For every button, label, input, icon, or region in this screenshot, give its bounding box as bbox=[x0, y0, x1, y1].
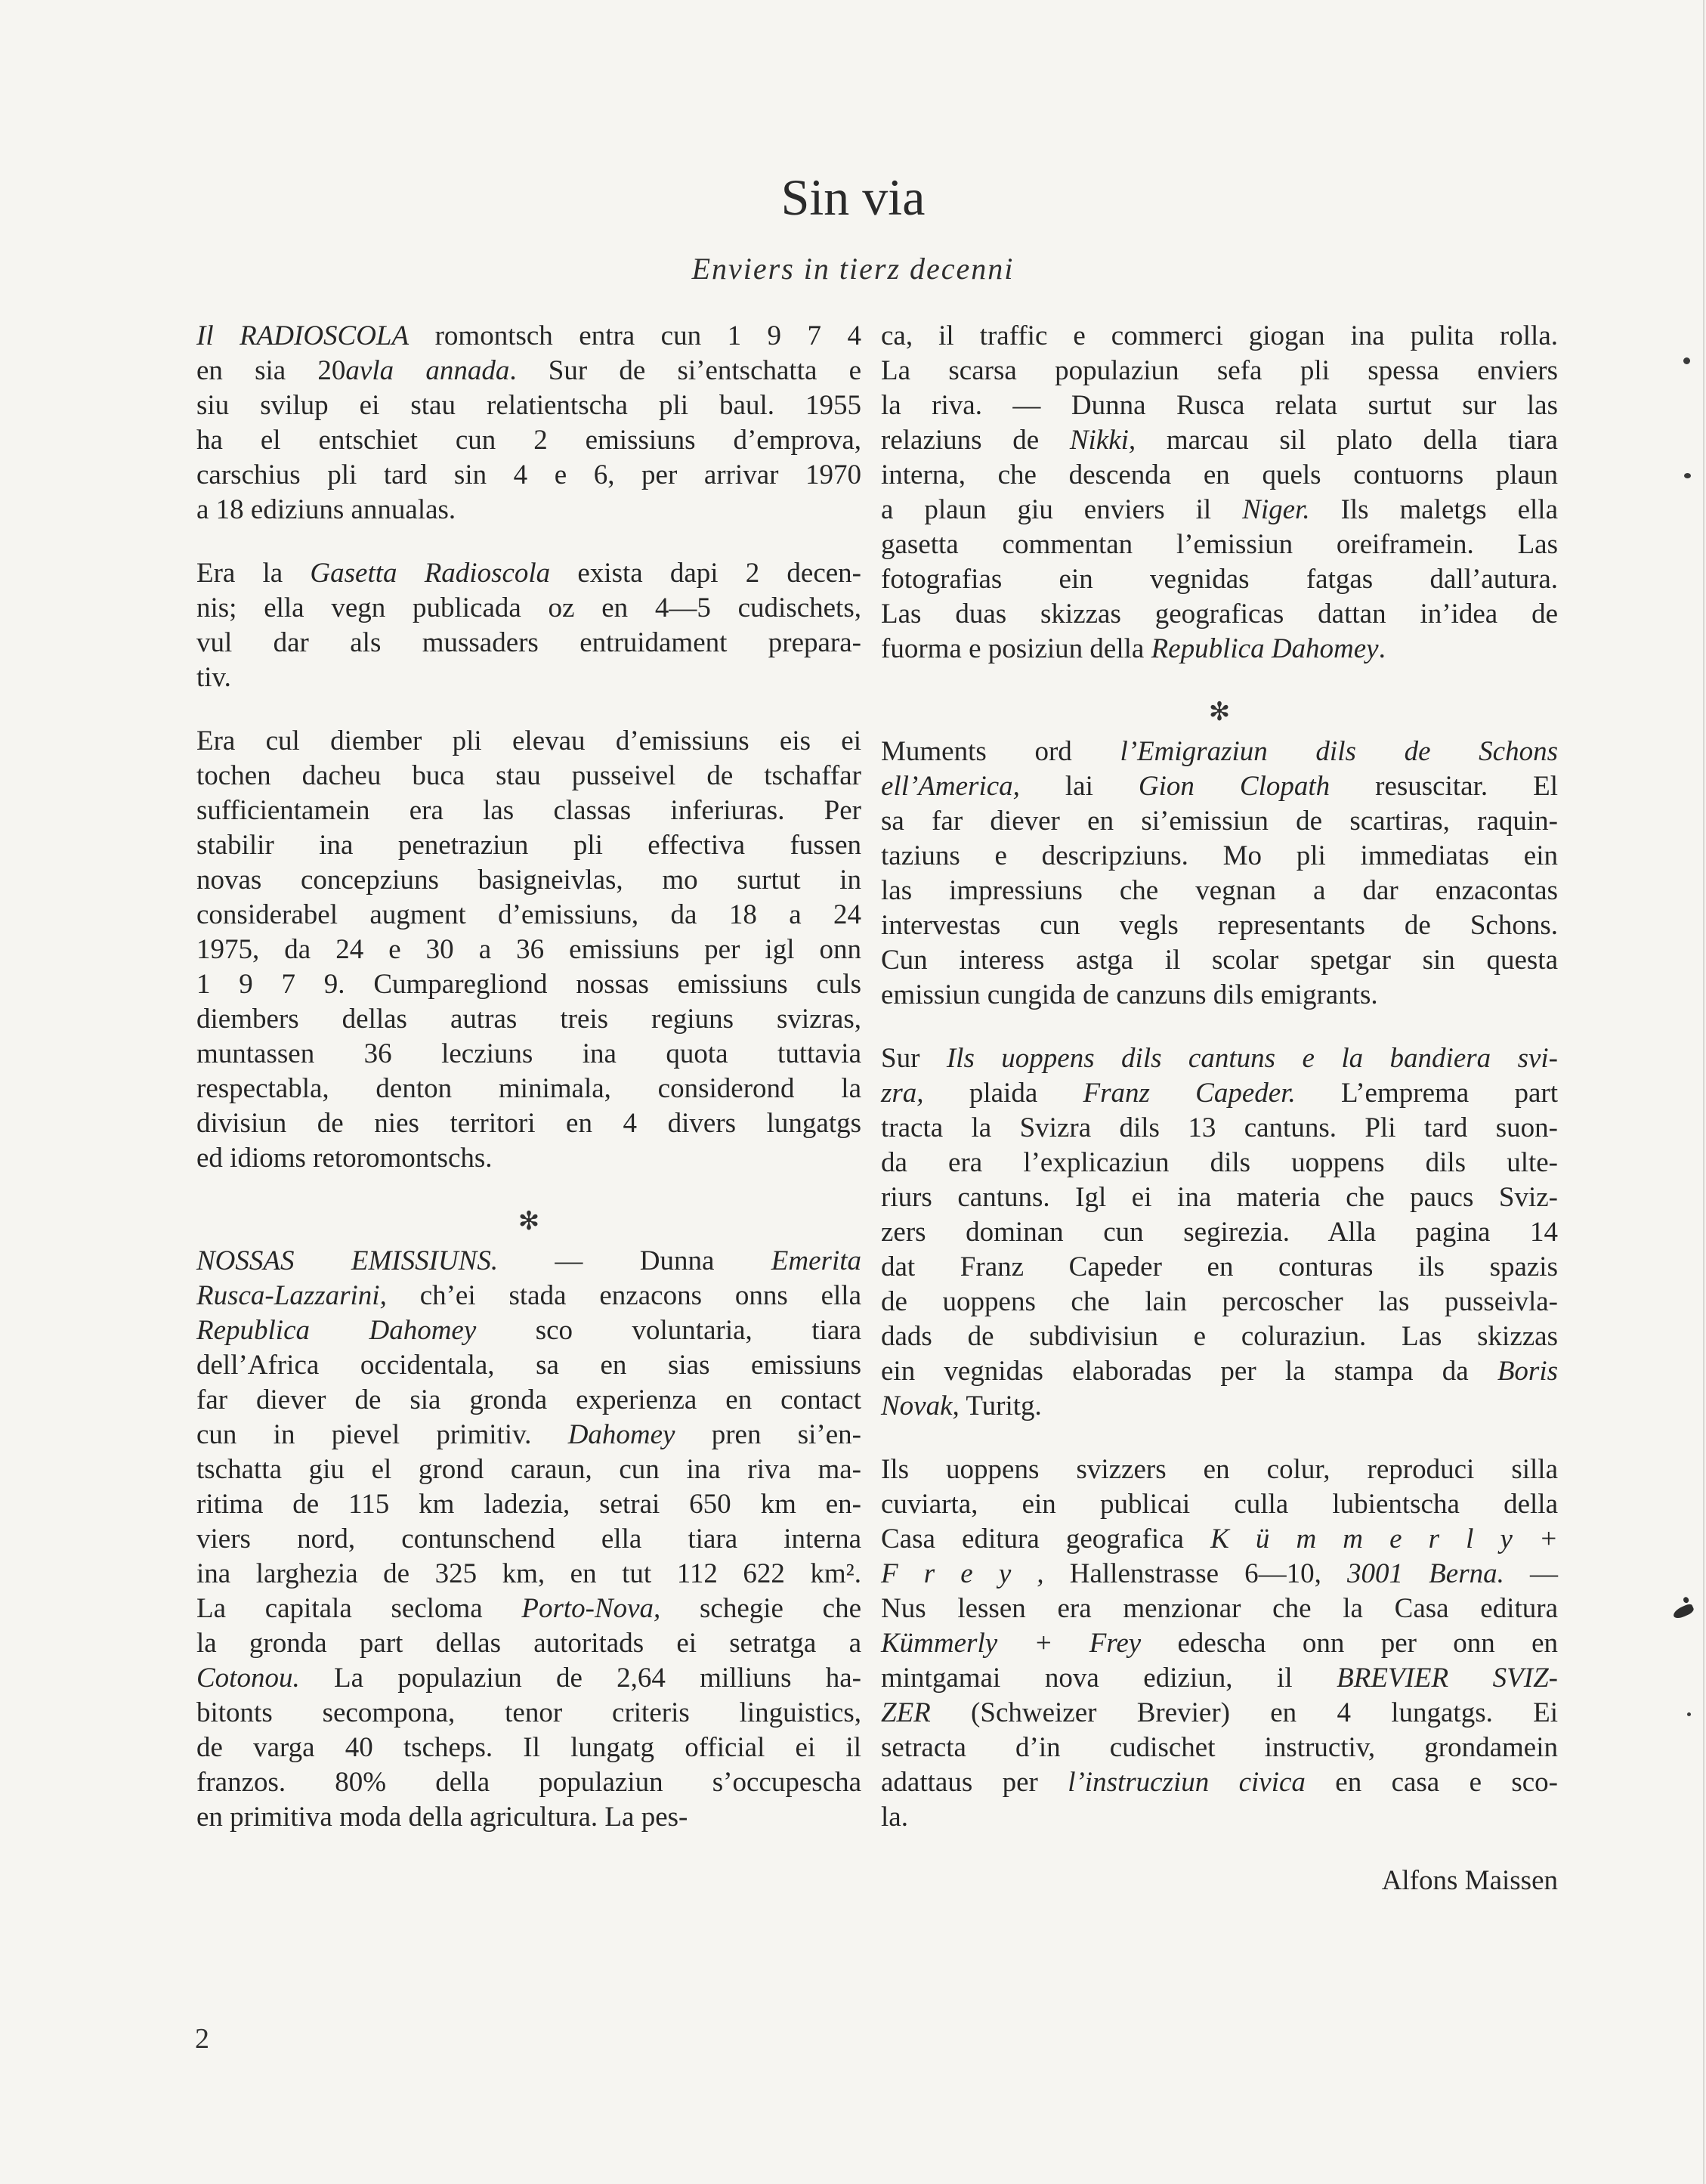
text-line: Era la Gasetta Radioscola exista dapi 2 … bbox=[196, 556, 861, 591]
scanned-page: Sin via Enviers in tierz decenni Il RADI… bbox=[0, 0, 1706, 2184]
text-line: Sur Ils uoppens dils cantuns e la bandie… bbox=[881, 1041, 1558, 1076]
text-line: ZER (Schweizer Brevier) en 4 lungatgs. E… bbox=[881, 1696, 1558, 1731]
text-line: viers nord, contunschend ella tiara inte… bbox=[196, 1522, 861, 1557]
text-line: ha el entschiet cun 2 emissiuns d’emprov… bbox=[196, 423, 861, 458]
text-line: sufficientamein era las classas inferiur… bbox=[196, 793, 861, 828]
text-line: bitonts secompona, tenor criteris lingui… bbox=[196, 1696, 861, 1731]
text-line: F r e y , Hallenstrasse 6—10, 3001 Berna… bbox=[881, 1557, 1558, 1592]
text-line: tochen dacheu buca stau pusseivel de tsc… bbox=[196, 759, 861, 793]
text-line: de uoppens che lain percoscher las pusse… bbox=[881, 1285, 1558, 1319]
text-line: ein vegnidas elaboradas per la stampa da… bbox=[881, 1354, 1558, 1389]
text-line: taziuns e descripziuns. Mo pli immediata… bbox=[881, 839, 1558, 874]
text-line: cuviarta, ein publicai culla lubientscha… bbox=[881, 1487, 1558, 1522]
text-line: relaziuns de Nikki, marcau sil plato del… bbox=[881, 423, 1558, 458]
text-line: stabilir ina penetraziun pli effectiva f… bbox=[196, 828, 861, 863]
text-line: divisiun de nies territori en 4 divers l… bbox=[196, 1106, 861, 1141]
ink-speck bbox=[1683, 357, 1690, 364]
paragraph: Era cul diember pli elevau d’emissiuns e… bbox=[196, 724, 861, 1176]
text-line: da era l’explicaziun dils uoppens dils u… bbox=[881, 1146, 1558, 1180]
scan-edge-shadow bbox=[1703, 0, 1704, 2184]
text-line: Novak, Turitg. bbox=[881, 1389, 1558, 1424]
text-line: sa far diever en si’emissiun de scartira… bbox=[881, 804, 1558, 839]
text-line: zers dominan cun segirezia. Alla pagina … bbox=[881, 1215, 1558, 1250]
text-line: setracta d’in cudischet instructiv, gron… bbox=[881, 1731, 1558, 1765]
text-line: riurs cantuns. Igl ei ina materia che pa… bbox=[881, 1180, 1558, 1215]
text-line: tracta la Svizra dils 13 cantuns. Pli ta… bbox=[881, 1111, 1558, 1146]
text-line: emissiun cungida de canzuns dils emigran… bbox=[881, 978, 1558, 1013]
text-line: ca, il traffic e commerci giogan ina pul… bbox=[881, 319, 1558, 354]
right-column: ca, il traffic e commerci giogan ina pul… bbox=[881, 319, 1558, 1898]
text-line: diembers dellas autras treis regiuns svi… bbox=[196, 1002, 861, 1037]
text-line: de varga 40 tscheps. Il lungatg official… bbox=[196, 1731, 861, 1765]
ink-blot bbox=[1672, 1603, 1695, 1620]
text-line: cun in pievel primitiv. Dahomey pren si’… bbox=[196, 1418, 861, 1452]
text-line: la riva. — Dunna Rusca relata surtut sur… bbox=[881, 388, 1558, 423]
text-line: Republica Dahomey sco voluntaria, tiara bbox=[196, 1313, 861, 1348]
text-line: ell’America, lai Gion Clopath resuscitar… bbox=[881, 769, 1558, 804]
text-line: a 18 ediziuns annualas. bbox=[196, 493, 861, 527]
ink-speck bbox=[1684, 473, 1691, 478]
text-line: Nus lessen era menzionar che la Casa edi… bbox=[881, 1592, 1558, 1626]
section-separator-asterisk: ✻ bbox=[196, 1205, 861, 1239]
text-line: 1 9 7 9. Cumparegliond nossas emissiuns … bbox=[196, 967, 861, 1002]
text-line: Kümmerly + Frey edescha onn per onn en bbox=[881, 1626, 1558, 1661]
section-separator-asterisk: ✻ bbox=[881, 695, 1558, 730]
text-line: far diever de sia gronda experienza en c… bbox=[196, 1383, 861, 1418]
article-title: Sin via bbox=[0, 171, 1706, 224]
text-line: fuorma e posiziun della Republica Dahome… bbox=[881, 632, 1558, 667]
paragraph: Sur Ils uoppens dils cantuns e la bandie… bbox=[881, 1041, 1558, 1424]
text-line: intervestas cun vegls representants de S… bbox=[881, 908, 1558, 943]
paragraph: Era la Gasetta Radioscola exista dapi 2 … bbox=[196, 556, 861, 695]
text-line: ritima de 115 km ladezia, setrai 650 km … bbox=[196, 1487, 861, 1522]
paragraph: Ils uoppens svizzers en colur, reproduci… bbox=[881, 1452, 1558, 1835]
text-line: ed idioms retoromontschs. bbox=[196, 1141, 861, 1176]
signature: Alfons Maissen bbox=[881, 1864, 1558, 1898]
text-line: Rusca-Lazzarini, ch’ei stada enzacons on… bbox=[196, 1279, 861, 1313]
text-line: la. bbox=[881, 1800, 1558, 1835]
text-line: interna, che descenda en quels contuorns… bbox=[881, 458, 1558, 493]
paragraph: NOSSAS EMISSIUNS. — Dunna EmeritaRusca-L… bbox=[196, 1244, 861, 1835]
text-line: adattaus per l’instrucziun civica en cas… bbox=[881, 1765, 1558, 1800]
text-line: carschius pli tard sin 4 e 6, per arriva… bbox=[196, 458, 861, 493]
page-number: 2 bbox=[195, 2022, 209, 2056]
text-line: La capitala secloma Porto-Nova, schegie … bbox=[196, 1592, 861, 1626]
text-line: Casa editura geografica K ü m m e r l y … bbox=[881, 1522, 1558, 1557]
text-line: Muments ord l’Emigraziun dils de Schons bbox=[881, 735, 1558, 769]
text-line: considerabel augment d’emissiuns, da 18 … bbox=[196, 898, 861, 933]
text-line: fotografias ein vegnidas fatgas dall’aut… bbox=[881, 562, 1558, 597]
text-line: la gronda part dellas autoritads ei setr… bbox=[196, 1626, 861, 1661]
text-line: en primitiva moda della agricultura. La … bbox=[196, 1800, 861, 1835]
text-line: muntassen 36 lecziuns ina quota tuttavia bbox=[196, 1037, 861, 1072]
text-line: Era cul diember pli elevau d’emissiuns e… bbox=[196, 724, 861, 759]
text-line: siu svilup ei stau relatientscha pli bau… bbox=[196, 388, 861, 423]
text-line: gasetta commentan l’emissiun oreiframein… bbox=[881, 527, 1558, 562]
text-line: a plaun giu enviers il Niger. Ils maletg… bbox=[881, 493, 1558, 527]
text-line: respectabla, denton minimala, consideron… bbox=[196, 1072, 861, 1106]
text-line: las impressiuns che vegnan a dar enzacon… bbox=[881, 874, 1558, 908]
text-line: Las duas skizzas geograficas dattan in’i… bbox=[881, 597, 1558, 632]
text-line: NOSSAS EMISSIUNS. — Dunna Emerita bbox=[196, 1244, 861, 1279]
article-subtitle: Enviers in tierz decenni bbox=[0, 251, 1706, 286]
text-line: ina larghezia de 325 km, en tut 112 622 … bbox=[196, 1557, 861, 1592]
text-line: en sia 20avla annada. Sur de si’entschat… bbox=[196, 354, 861, 388]
text-line: Cun interess astga il scolar spetgar sin… bbox=[881, 943, 1558, 978]
text-line: franzos. 80% della populaziun s’occupesc… bbox=[196, 1765, 861, 1800]
ink-speck bbox=[1687, 1712, 1691, 1716]
text-line: dat Franz Capeder en conturas ils spazis bbox=[881, 1250, 1558, 1285]
text-line: Il RADIOSCOLA romontsch entra cun 1 9 7 … bbox=[196, 319, 861, 354]
text-line: tiv. bbox=[196, 660, 861, 695]
paragraph: Muments ord l’Emigraziun dils de Schonse… bbox=[881, 735, 1558, 1013]
text-line: dell’Africa occidentala, sa en sias emis… bbox=[196, 1348, 861, 1383]
paragraph: ca, il traffic e commerci giogan ina pul… bbox=[881, 319, 1558, 667]
text-line: dads de subdivisiun e coluraziun. Las sk… bbox=[881, 1319, 1558, 1354]
paragraph: Il RADIOSCOLA romontsch entra cun 1 9 7 … bbox=[196, 319, 861, 527]
text-line: zra, plaida Franz Capeder. L’emprema par… bbox=[881, 1076, 1558, 1111]
text-line: mintgamai nova ediziun, il BREVIER SVIZ- bbox=[881, 1661, 1558, 1696]
text-line: nis; ella vegn publicada oz en 4—5 cudis… bbox=[196, 591, 861, 626]
left-column: Il RADIOSCOLA romontsch entra cun 1 9 7 … bbox=[196, 319, 861, 1864]
text-line: Cotonou. La populaziun de 2,64 milliuns … bbox=[196, 1661, 861, 1696]
text-line: vul dar als mussaders entruidament prepa… bbox=[196, 626, 861, 660]
text-line: Ils uoppens svizzers en colur, reproduci… bbox=[881, 1452, 1558, 1487]
text-line: 1975, da 24 e 30 a 36 emissiuns per igl … bbox=[196, 933, 861, 967]
text-line: tschatta giu el grond caraun, cun ina ri… bbox=[196, 1452, 861, 1487]
text-line: La scarsa populaziun sefa pli spessa env… bbox=[881, 354, 1558, 388]
text-line: novas concepziuns basigneivlas, mo surtu… bbox=[196, 863, 861, 898]
